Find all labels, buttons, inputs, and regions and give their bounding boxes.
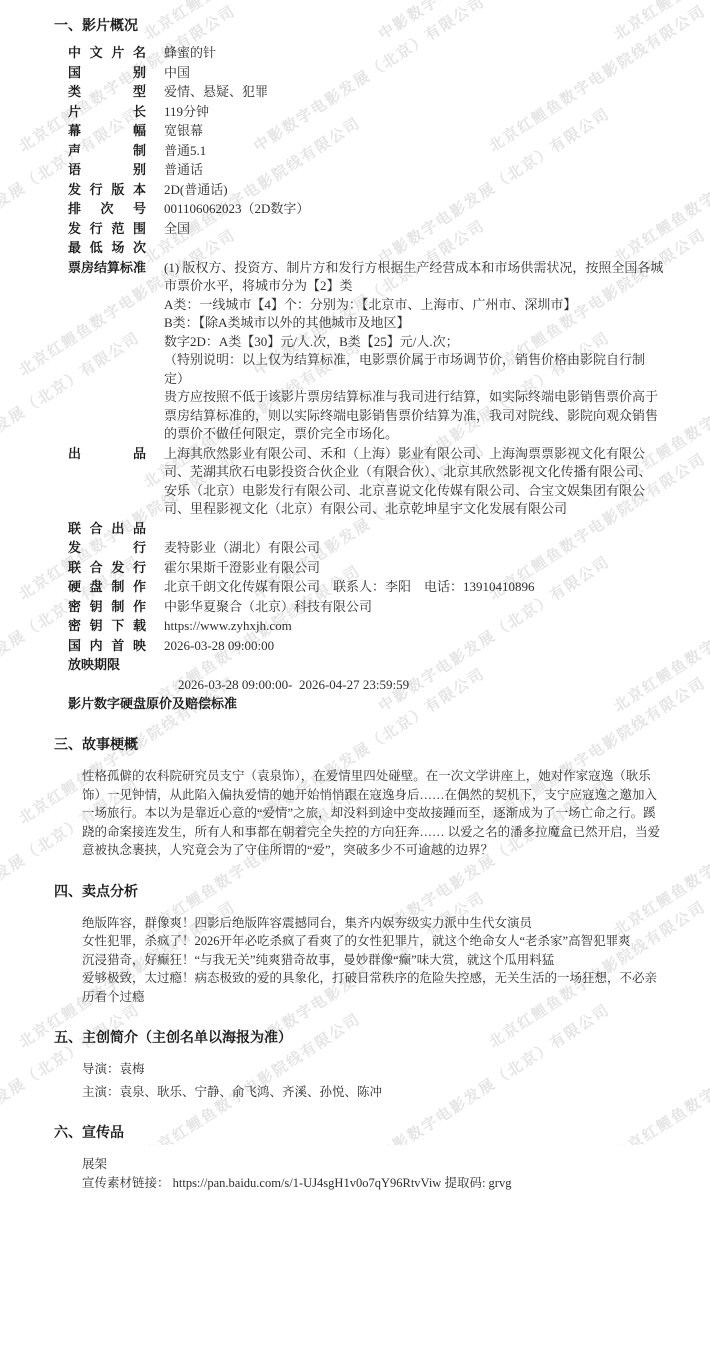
- field-row: 发行版本 2D(普通话): [68, 180, 664, 200]
- promo-link-line: 宣传素材链接： https://pan.baidu.com/s/1-UJ4sgH…: [82, 1174, 664, 1193]
- field-label: 发行范围: [68, 219, 146, 239]
- hdd-price-compensation-label: 影片数字硬盘原价及赔偿标准: [68, 694, 664, 714]
- field-row: 密钥制作 中影华夏聚合（北京）科技有限公司: [68, 597, 664, 617]
- field-value: 爱情、悬疑、犯罪: [164, 82, 664, 102]
- field-label: 排次号: [68, 199, 146, 219]
- field-label: 票房结算标准: [68, 258, 146, 278]
- field-row: 中文片名 蜂蜜的针: [68, 43, 664, 63]
- field-value: 119分钟: [164, 102, 664, 122]
- field-label: 片长: [68, 102, 146, 122]
- field-row: 出品 上海其欣然影业有限公司、禾和（上海）影业有限公司、上海淘票票影视文化有限公…: [68, 444, 664, 519]
- field-row: 排次号 001106062023（2D数字）: [68, 199, 664, 219]
- field-row: 硬盘制作 北京千朗文化传媒有限公司 联系人：李阳 电话：13910410896: [68, 577, 664, 597]
- section-title-selling-points: 四、卖点分析: [54, 882, 664, 900]
- field-value: 全国: [164, 219, 664, 239]
- field-label: 类型: [68, 82, 146, 102]
- field-value: 中影华夏聚合（北京）科技有限公司: [164, 597, 664, 617]
- field-row: 发行 麦特影业（湖北）有限公司: [68, 538, 664, 558]
- field-label: 国别: [68, 63, 146, 83]
- field-value: 蜂蜜的针: [164, 43, 664, 63]
- field-value: 麦特影业（湖北）有限公司: [164, 538, 664, 558]
- field-row: 发行范围 全国: [68, 219, 664, 239]
- selling-points-text: 绝版阵容，群像爽！四影后绝版阵容震撼同台，集齐内娱夯级实力派中生代女演员 女性犯…: [82, 914, 664, 1007]
- field-value: 普通话: [164, 160, 664, 180]
- field-value: 北京千朗文化传媒有限公司 联系人：李阳 电话：13910410896: [164, 577, 664, 597]
- field-value: [164, 238, 664, 239]
- field-value: 2D(普通话): [164, 180, 664, 200]
- field-value: 普通5.1: [164, 141, 664, 161]
- section-title-film-overview: 一、影片概况: [54, 16, 664, 34]
- field-label: 最低场次: [68, 238, 146, 258]
- field-label: 国内首映: [68, 636, 146, 656]
- field-row: 声制 普通5.1: [68, 141, 664, 161]
- screening-period-label: 放映期限: [68, 655, 664, 675]
- field-label: 声制: [68, 141, 146, 161]
- field-value: [164, 519, 664, 520]
- field-value: 上海其欣然影业有限公司、禾和（上海）影业有限公司、上海淘票票影视文化有限公司、芜…: [164, 444, 664, 519]
- director-line: 导演：袁梅: [82, 1060, 664, 1079]
- field-label: 密钥制作: [68, 597, 146, 617]
- field-row: 类型 爱情、悬疑、犯罪: [68, 82, 664, 102]
- synopsis-text: 性格孤僻的农科院研究员支宁（袁泉饰），在爱情里四处碰壁。在一次文学讲座上，她对作…: [82, 767, 664, 860]
- film-release-notice-page: 中影数字电影发展（北京）有限公司北京红鲤鱼数字电影院线有限公司中影数字电影发展（…: [0, 0, 710, 1352]
- screening-period-value: 2026-03-28 09:00:00- 2026-04-27 23:59:59: [178, 675, 664, 694]
- field-label: 密钥下载: [68, 616, 146, 636]
- field-label: 发行版本: [68, 180, 146, 200]
- field-value: 宽银幕: [164, 121, 664, 141]
- field-value: 001106062023（2D数字）: [164, 199, 664, 219]
- field-row: 片长 119分钟: [68, 102, 664, 122]
- field-row: 语别 普通话: [68, 160, 664, 180]
- field-row: 国内首映 2026-03-28 09:00:00: [68, 636, 664, 656]
- overview-fields: 中文片名 蜂蜜的针 国别 中国 类型 爱情、悬疑、犯罪 片长 119分钟 幕幅 …: [68, 43, 664, 655]
- field-label: 联合发行: [68, 558, 146, 578]
- section-title-main-creators: 五、主创简介（主创名单以海报为准）: [54, 1028, 664, 1046]
- field-row: 联合出品: [68, 519, 664, 539]
- field-row: 最低场次: [68, 238, 664, 258]
- field-label: 硬盘制作: [68, 577, 146, 597]
- field-label: 出品: [68, 444, 146, 464]
- field-row: 幕幅 宽银幕: [68, 121, 664, 141]
- field-label: 联合出品: [68, 519, 146, 539]
- field-value: 霍尔果斯千澄影业有限公司: [164, 558, 664, 578]
- field-row: 票房结算标准 (1) 版权方、投资方、制片方和发行方根据生产经营成本和市场供需状…: [68, 258, 664, 444]
- document-content: 一、影片概况 中文片名 蜂蜜的针 国别 中国 类型 爱情、悬疑、犯罪 片长 11…: [0, 0, 710, 1192]
- field-label: 语别: [68, 160, 146, 180]
- starring-line: 主演：袁泉、耿乐、宁静、俞飞鸿、齐溪、孙悦、陈冲: [82, 1083, 664, 1102]
- field-row: 密钥下载 https://www.zyhxjh.com: [68, 616, 664, 636]
- field-label: 发行: [68, 538, 146, 558]
- field-value: https://www.zyhxjh.com: [164, 616, 664, 636]
- field-row: 联合发行 霍尔果斯千澄影业有限公司: [68, 558, 664, 578]
- section-title-promo-materials: 六、宣传品: [54, 1123, 664, 1141]
- field-value: 2026-03-28 09:00:00: [164, 636, 664, 656]
- field-label: 中文片名: [68, 43, 146, 63]
- field-value: 中国: [164, 63, 664, 83]
- field-label: 幕幅: [68, 121, 146, 141]
- field-value: (1) 版权方、投资方、制片方和发行方根据生产经营成本和市场供需状况，按照全国各…: [164, 258, 664, 444]
- field-row: 国别 中国: [68, 63, 664, 83]
- section-title-synopsis: 三、故事梗概: [54, 735, 664, 753]
- promo-item: 展架: [82, 1155, 664, 1174]
